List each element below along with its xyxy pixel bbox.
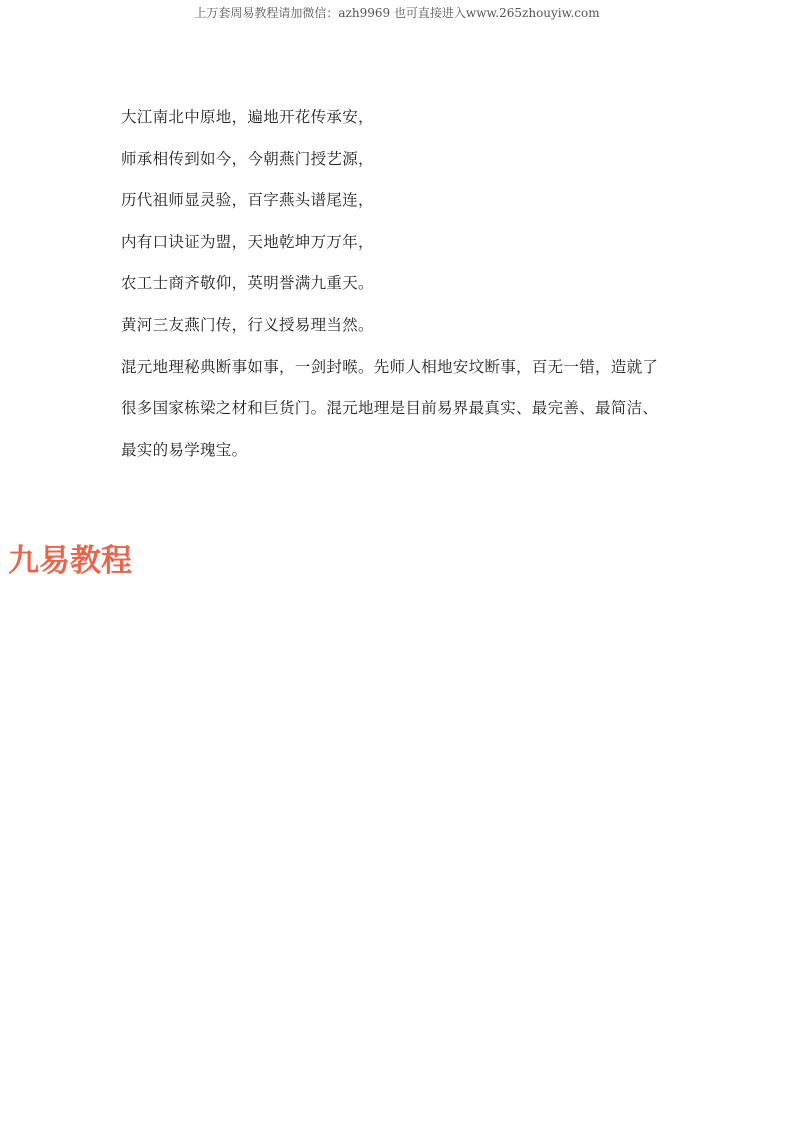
document-body: 大江南北中原地，遍地开花传承安， 师承相传到如今，今朝燕门授艺源， 历代祖师显灵…: [121, 105, 681, 479]
verse-line-5: 农工士商齐敬仰，英明誉满九重天。: [121, 271, 681, 313]
paragraph-line-2: 很多国家栋梁之材和巨货门。混元地理是目前易界最真实、最完善、最简洁、: [121, 396, 681, 438]
paragraph-line-3: 最实的易学瑰宝。: [121, 438, 681, 480]
brand-logo: 九易教程: [8, 541, 132, 581]
verse-line-3: 历代祖师显灵验，百字燕头谱尾连，: [121, 188, 681, 230]
header-watermark: 上万套周易教程请加微信：azh9969 也可直接进入www.265zhouyiw…: [0, 4, 794, 22]
paragraph-line-1: 混元地理秘典断事如事，一剑封喉。先师人相地安坟断事，百无一错，造就了: [121, 355, 681, 397]
verse-line-6: 黄河三友燕门传，行义授易理当然。: [121, 313, 681, 355]
verse-line-4: 内有口诀证为盟，天地乾坤万万年，: [121, 230, 681, 272]
verse-line-1: 大江南北中原地，遍地开花传承安，: [121, 105, 681, 147]
verse-line-2: 师承相传到如今，今朝燕门授艺源，: [121, 147, 681, 189]
